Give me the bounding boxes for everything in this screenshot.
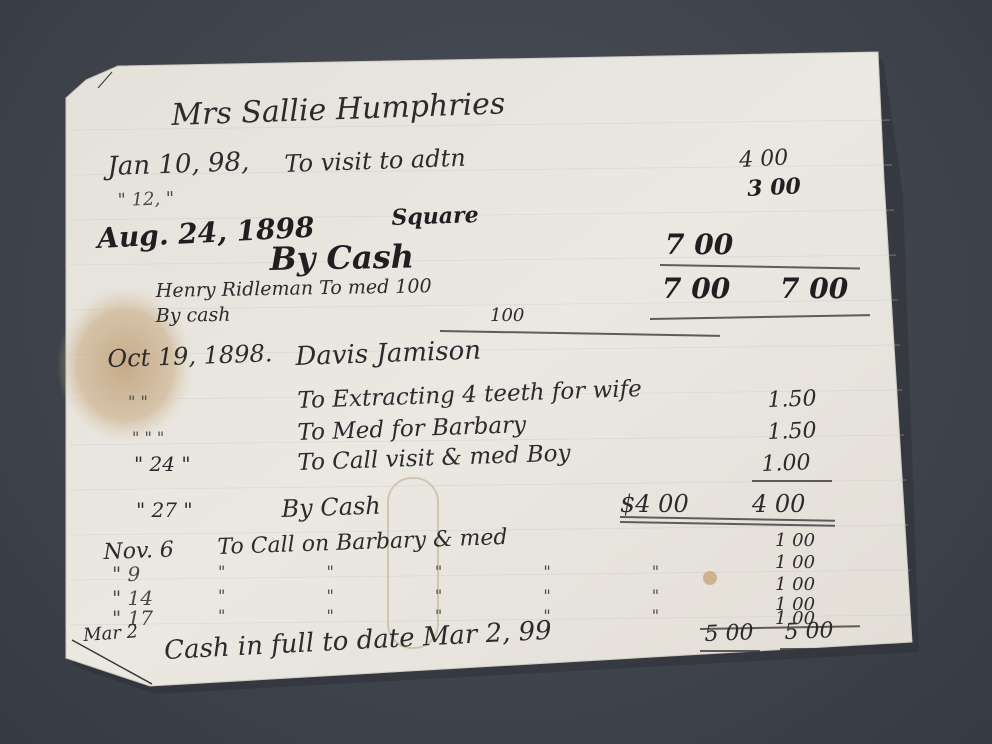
- entry-amount: $4 00: [620, 490, 689, 518]
- entry-date: " ": [128, 392, 148, 411]
- ledger-rule: [752, 480, 832, 482]
- entry-amount: 5 00: [704, 620, 754, 647]
- entry-balance: 4 00: [752, 490, 805, 518]
- entry-amount: 100: [490, 305, 524, 326]
- entry-amount: 1 00: [775, 574, 815, 595]
- entry-amount: 1.50: [767, 418, 817, 445]
- entry-description: " " " " ": [218, 562, 707, 581]
- ledger-page: Mrs Sallie Humphries Jan 10, 98, To visi…: [0, 0, 992, 744]
- entry-description: By cash: [156, 304, 231, 327]
- entry-amount: 7 00: [665, 228, 733, 261]
- entry-balance: 7 00: [780, 272, 848, 305]
- entry-amount: 1.00: [761, 450, 811, 477]
- entry-date: Nov. 6: [103, 538, 174, 565]
- entry-amount: 1 00: [775, 552, 815, 573]
- entry-amount: 1.50: [767, 386, 817, 413]
- entry-description: " " " " ": [218, 586, 707, 605]
- entry-date: " 24 ": [134, 452, 191, 476]
- entry-date: Mar 2: [83, 621, 139, 646]
- entry-date: " 27 ": [136, 498, 193, 522]
- entry-amount: 4 00: [739, 145, 789, 173]
- entry-amount: 7 00: [662, 272, 730, 305]
- entry-date: " " ": [132, 428, 164, 447]
- entry-description: Square: [391, 202, 479, 231]
- entry-amount: 3 00: [747, 173, 802, 202]
- ledger-rule: [700, 650, 760, 652]
- entry-description: By Cash: [281, 492, 381, 523]
- entry-date: Oct 19, 1898.: [107, 339, 273, 373]
- ledger-rule: [780, 648, 840, 650]
- entry-balance: 5 00: [784, 618, 834, 645]
- entry-date: " 9: [112, 562, 140, 586]
- entry-date: Jan 10, 98,: [107, 147, 250, 182]
- entry-description: By Cash: [269, 237, 414, 278]
- entry-date: " 12, ": [117, 188, 174, 211]
- entry-amount: 1 00: [775, 530, 815, 551]
